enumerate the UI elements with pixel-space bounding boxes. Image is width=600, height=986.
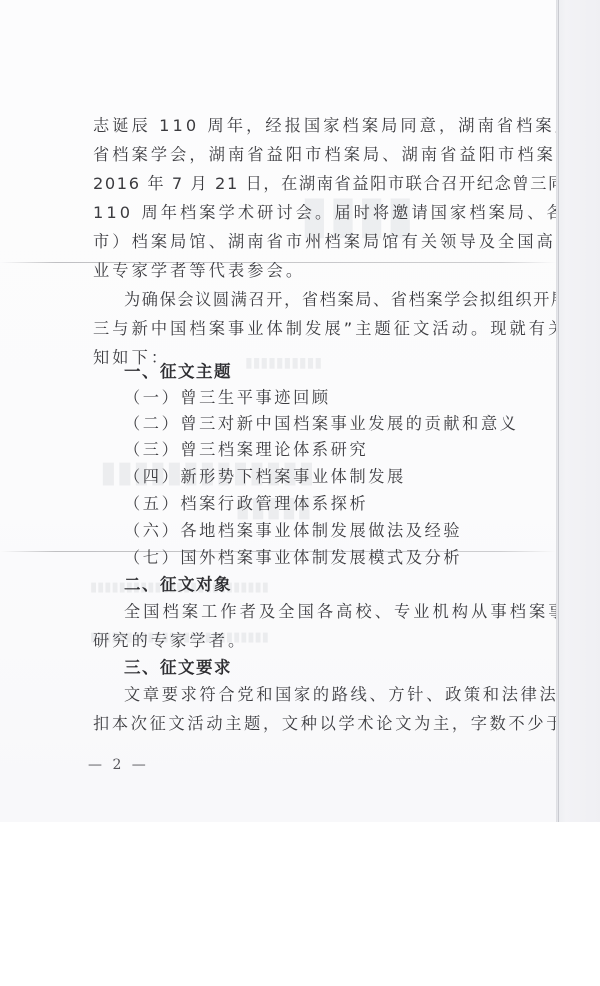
page-number: — 2 — [88,757,149,773]
body-text-line: 志诞辰 110 周年，经报国家档案局同意，湖南省档案局、湖南 [93,116,600,136]
body-text-line: 业专家学者等代表参会。 [93,261,305,281]
section-heading: 三、征文要求 [124,658,232,678]
scanned-document-page: ▮▮▮▮ ▮▮▮▮▮▮▮▮▮▮ ▮▮▮▮▮▮▮▮▮▮▮▮▮ ▮▮▮▮▮ ▮▮▮▮… [0,0,556,822]
body-text-line: 扣本次征文活动主题，文种以学术论文为主，字数不少于 3000 [93,714,600,734]
topic-list-item: （七）国外档案事业体制发展模式及分析 [124,548,462,568]
topic-list-item: （三）曾三档案理论体系研究 [124,440,368,460]
body-text-line: 市）档案局馆、湖南省市州档案局馆有关领导及全国高校档案专 [93,232,600,252]
scan-edge-strip [556,0,600,822]
topic-list-item: （五）档案行政管理体系探析 [124,494,368,514]
body-text-line: 三与新中国档案事业体制发展”主题征文活动。现就有关事项通 [93,319,600,339]
section-heading: 二、征文对象 [124,575,232,595]
body-text-line: 全国档案工作者及全国各高校、专业机构从事档案事业发展 [124,602,600,622]
body-text-line: 为确保会议圆满召开，省档案局、省档案学会拟组织开展“曾 [124,290,596,310]
topic-list-item: （六）各地档案事业体制发展做法及经验 [124,521,462,541]
body-text-line: 110 周年档案学术研讨会。届时将邀请国家档案局、各省（区、 [93,203,600,223]
topic-list-item: （二）曾三对新中国档案事业发展的贡献和意义 [124,414,519,434]
section-heading: 一、征文主题 [124,362,232,382]
body-text-line: 2016 年 7 月 21 日，在湖南省益阳市联合召开纪念曾三同志诞辰 [93,174,600,194]
topic-list-item: （四）新形势下档案事业体制发展 [124,467,406,487]
body-text-line: 研究的专家学者。 [93,631,247,651]
body-text-line: 省档案学会，湖南省益阳市档案局、湖南省益阳市档案学会定于 [93,145,600,165]
bleed-through-text: ▮▮▮▮▮▮▮▮▮▮ [245,355,322,371]
topic-list-item: （一）曾三生平事迹回顾 [124,388,331,408]
body-text-line: 文章要求符合党和国家的路线、方针、政策和法律法规，紧 [124,685,600,705]
